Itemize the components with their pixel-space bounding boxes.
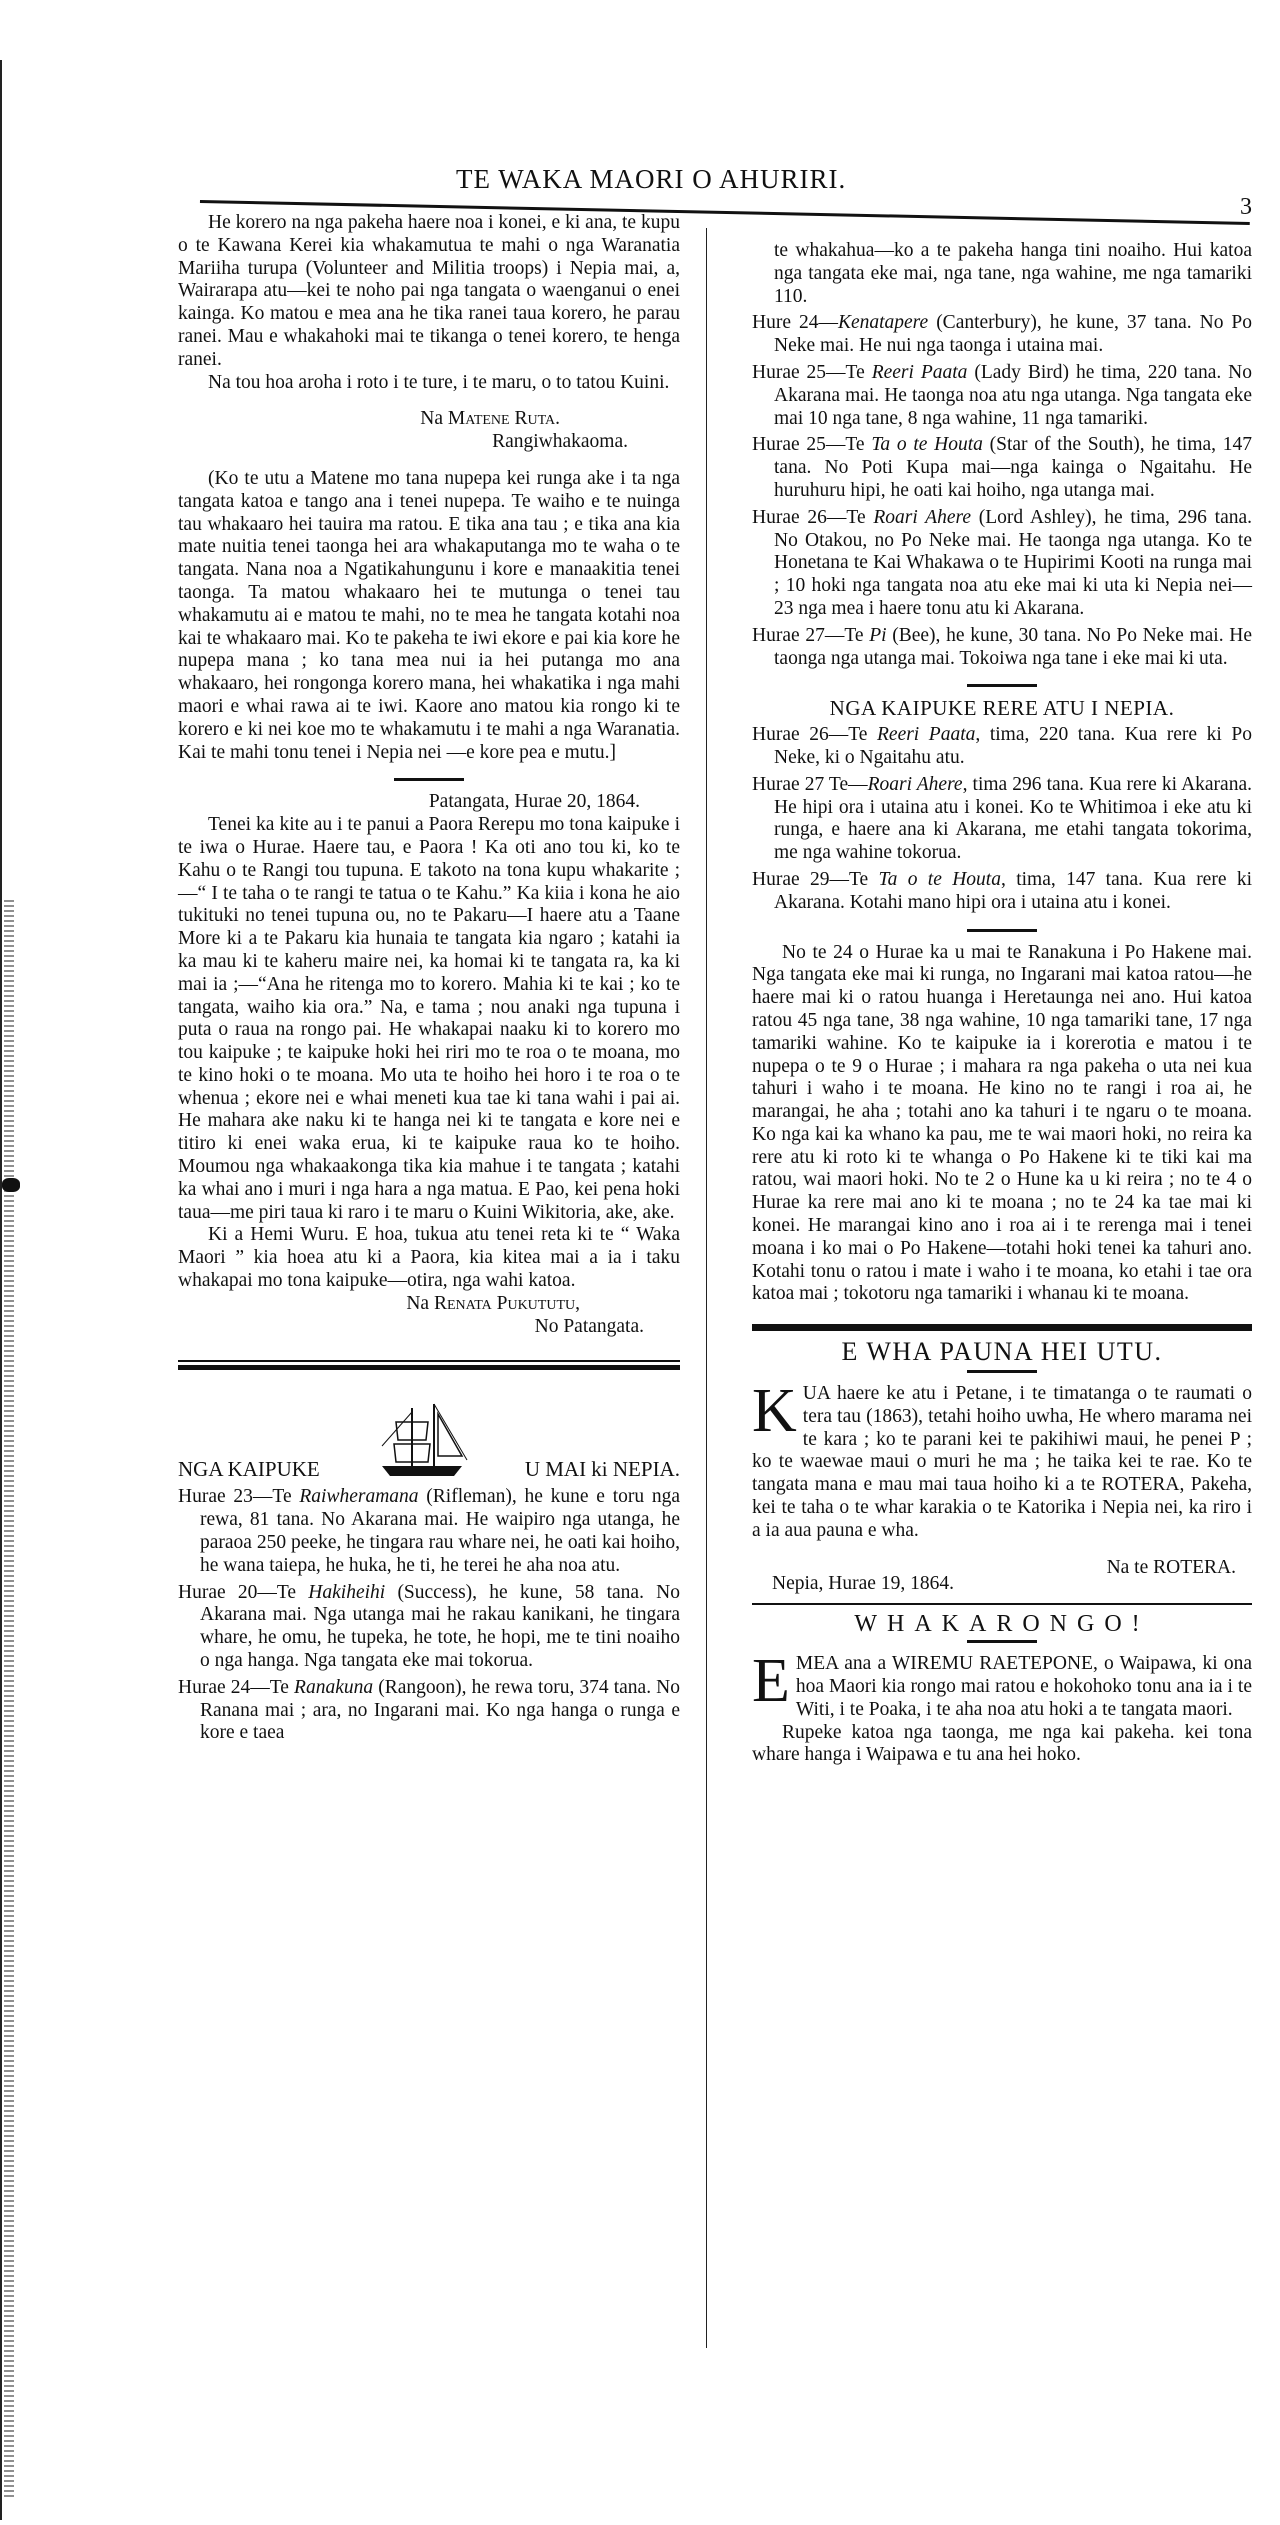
trade-notice: EMEA ana a WIREMU RAETEPONE, o Waipawa, …	[752, 1653, 1252, 1721]
ship-name: Roari Ahere	[873, 507, 971, 528]
departures-heading: NGA KAIPUKE RERE ATU I NEPIA.	[752, 697, 1252, 720]
trade-notice-cont: Rupeke katoa nga taonga, me nga kai pake…	[752, 1722, 1252, 1768]
ship-name: Pi	[869, 625, 886, 646]
reward-dateline: Nepia, Hurae 19, 1864.	[752, 1557, 954, 1596]
scan-edge-noise	[4, 900, 14, 2500]
arrival-entry: Hurae 24—Te Ranakuna (Rangoon), he rewa …	[178, 1677, 680, 1745]
reward-signature: Na te ROTERA.	[1107, 1557, 1252, 1596]
ship-name: Kenatapere	[838, 312, 928, 333]
arrival-entry: Hurae 25—Te Ta o te Houta (Star of the S…	[752, 434, 1252, 502]
section-rule	[394, 778, 464, 781]
letter-signature: Na Renata Pukututu,	[178, 1293, 680, 1316]
signature-name: Renata Pukututu,	[434, 1293, 580, 1314]
sailing-ship-icon	[372, 1400, 472, 1480]
column-divider	[706, 228, 707, 2348]
signature-place: Rangiwhakaoma.	[178, 431, 680, 454]
right-column: te whakahua—ko a te pakeha hanga tini no…	[752, 240, 1252, 1767]
newspaper-title: TE WAKA MAORI O AHURIRI.	[456, 164, 846, 195]
ship-name: Hakiheihi	[308, 1582, 385, 1603]
departure-entry: Hurae 29—Te Ta o te Houta, tima, 147 tan…	[752, 869, 1252, 915]
departure-entry: Hurae 26—Te Reeri Paata, tima, 220 tana.…	[752, 724, 1252, 770]
reward-notice: KUA haere ke atu i Petane, i te timatang…	[752, 1383, 1252, 1543]
drop-cap: K	[752, 1385, 797, 1437]
page-number: 3	[1240, 194, 1252, 221]
section-rule	[967, 684, 1037, 687]
letter-body: He korero na nga pakeha haere noa i kone…	[178, 212, 680, 372]
departure-entry: Hurae 27 Te—Roari Ahere, tima 296 tana. …	[752, 774, 1252, 865]
ship-name: Roari Ahere	[868, 774, 963, 795]
arrivals-heading: NGA KAIPUKE U MAI ki NEPIA.	[178, 1400, 680, 1480]
letter-postscript: Ki a Hemi Wuru. E hoa, tukua atu tenei r…	[178, 1224, 680, 1292]
ship-name: Ta o te Houta	[871, 434, 983, 455]
arrival-entry: Hurae 26—Te Roari Ahere (Lord Ashley), h…	[752, 507, 1252, 621]
section-rule	[967, 1640, 1037, 1643]
arrival-entry: Hurae 25—Te Reeri Paata (Lady Bird) he t…	[752, 362, 1252, 430]
notice-heading: WHAKARONGO!	[752, 1613, 1252, 1636]
arrival-entry: Hurae 23—Te Raiwheramana (Rifleman), he …	[178, 1486, 680, 1577]
letter-body: Tenei ka kite au i te panui a Paora Rere…	[178, 814, 680, 1224]
letter-dateline: Patangata, Hurae 20, 1864.	[178, 791, 680, 814]
letter-closing: Na tou hoa aroha i roto i te ture, i te …	[178, 372, 680, 395]
signature-name: Matene Ruta.	[448, 408, 560, 429]
continued-text: te whakahua—ko a te pakeha hanga tini no…	[752, 240, 1252, 308]
news-paragraph: No te 24 o Hurae ka u mai te Ranakuna i …	[752, 942, 1252, 1307]
left-column: He korero na nga pakeha haere noa i kone…	[178, 212, 680, 1745]
arrival-entry: Hurae 20—Te Hakiheihi (Success), he kune…	[178, 1582, 680, 1673]
ship-name: Ta o te Houta	[879, 869, 1001, 890]
double-rule	[178, 1360, 680, 1370]
reward-footer: Nepia, Hurae 19, 1864. Na te ROTERA.	[752, 1557, 1252, 1596]
arrival-entry: Hure 24—Kenatapere (Canterbury), he kune…	[752, 312, 1252, 358]
signature-place: No Patangata.	[178, 1316, 680, 1339]
double-rule	[752, 1324, 1252, 1331]
arrival-entry: Hurae 27—Te Pi (Bee), he kune, 30 tana. …	[752, 625, 1252, 671]
drop-cap: E	[752, 1655, 790, 1707]
section-rule	[967, 1370, 1037, 1373]
reward-heading: E WHA PAUNA HEI UTU.	[752, 1341, 1252, 1364]
ship-name: Reeri Paata	[872, 362, 968, 383]
ship-name: Ranakuna	[294, 1677, 373, 1698]
editor-reply: (Ko te utu a Matene mo tana nupepa kei r…	[178, 468, 680, 764]
ship-name: Reeri Paata	[877, 724, 975, 745]
letter-signature: Na Matene Ruta.	[178, 408, 680, 431]
section-rule	[967, 929, 1037, 932]
ship-name: Raiwheramana	[299, 1486, 418, 1507]
scan-blot	[2, 1178, 20, 1192]
section-rule	[752, 1603, 1252, 1605]
